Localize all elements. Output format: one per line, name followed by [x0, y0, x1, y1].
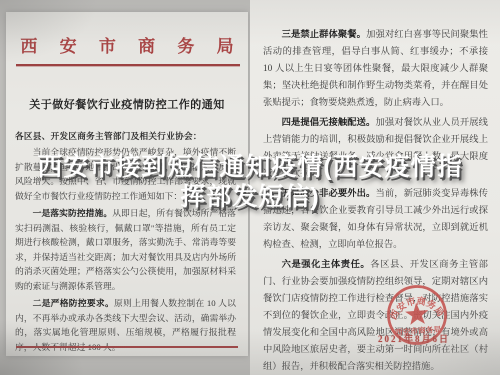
paragraph-item-6-lead: 六是强化主体责任。 [282, 260, 371, 270]
salutation-line: 各区县、开发区商务主管部门及相关行业协会： [15, 130, 236, 142]
overlay-caption-line-1: 西安市接到短信通知疫情(西安疫情指 [0, 152, 500, 182]
header-red-rule [16, 64, 240, 66]
agency-header: 西 安 市 商 务 局 [6, 32, 248, 57]
overlay-caption-line-2: 挥部发短信) [0, 182, 500, 212]
footer-red-rule [16, 346, 238, 348]
document-title: 关于做好餐饮行业疫情防控工作的通知 [6, 96, 248, 112]
overlay-caption: 西安市接到短信通知疫情(西安疫情指 挥部发短信) [0, 152, 500, 212]
paragraph-item-6-text: 各区县、开发区商务主管部门、行业协会要加强疫情防控组织领导，定期对辖区内餐饮门店… [263, 260, 488, 372]
paragraph-item-2-lead: 二是严格防控要求。 [33, 298, 114, 308]
document-photo: 西 安 市 商 务 局 关于做好餐饮行业疫情防控工作的通知 各区县、开发区商务主… [0, 0, 500, 375]
paragraph-item-1: 一是落实防控措施。从即日起，所有餐饮场所严格落实扫码测温、核验核行，佩戴口罩"等… [15, 206, 236, 293]
paragraph-item-1-text: 从即日起，所有餐饮场所严格落实扫码测温、核验核行，佩戴口罩"等措施，所有员工定期… [15, 208, 236, 291]
paragraph-item-6: 六是强化主体责任。各区县、开发区商务主管部门、行业协会要加强疫情防控组织领导，定… [263, 257, 488, 375]
stamp-date: 2021年8月6日 [378, 332, 468, 345]
paragraph-item-3-lead: 三是禁止群体聚餐。 [282, 30, 366, 40]
paragraph-item-3-text: 加强对红白喜事等民间聚集性活动的排查管理，倡导白事从简、红事缓办；不承接 10 … [263, 30, 488, 108]
paragraph-item-3: 三是禁止群体聚餐。加强对红白喜事等民间聚集性活动的排查管理，倡导白事从简、红事缓… [263, 27, 488, 112]
paragraph-item-4-lead: 四是提倡无接触配送。 [282, 118, 376, 128]
